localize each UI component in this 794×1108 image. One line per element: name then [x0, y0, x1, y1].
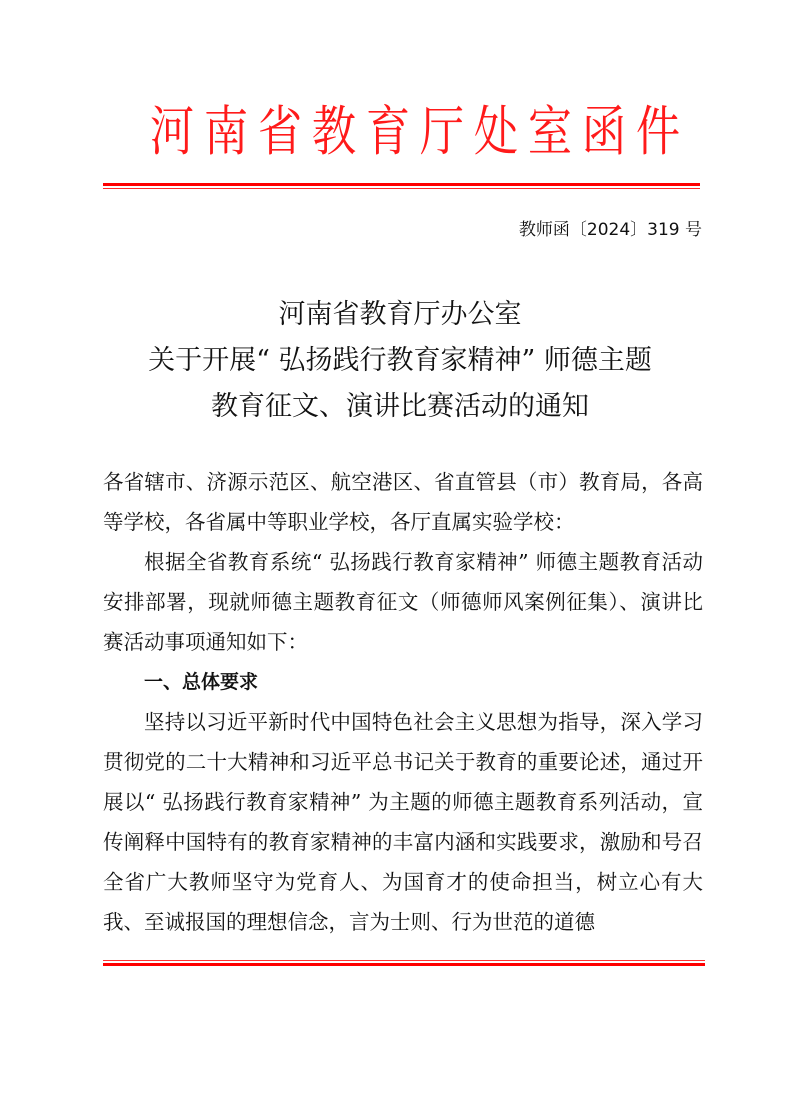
footer-divider-thin	[103, 960, 705, 961]
document-title: 河南省教育厅办公室 关于开展“ 弘扬践行教育家精神” 师德主题 教育征文、演讲比…	[100, 292, 700, 430]
section-heading: 一、总体要求	[103, 662, 703, 702]
masthead-char: 教	[312, 96, 356, 168]
title-line-2: 关于开展“ 弘扬践行教育家精神” 师德主题	[100, 338, 700, 384]
header-divider-thin	[103, 188, 700, 189]
masthead-char: 函	[582, 96, 626, 168]
addressee-paragraph: 各省辖市、济源示范区、航空港区、省直管县（市）教育局，各高等学校，各省属中等职业…	[103, 462, 703, 542]
masthead-char: 河	[150, 96, 194, 168]
masthead-char: 南	[204, 96, 248, 168]
header-divider-thick	[103, 183, 700, 186]
section-paragraph: 坚持以习近平新时代中国特色社会主义思想为指导，深入学习贯彻党的二十大精神和习近平…	[103, 702, 703, 942]
document-body: 各省辖市、济源示范区、航空港区、省直管县（市）教育局，各高等学校，各省属中等职业…	[103, 462, 703, 942]
masthead-char: 室	[528, 96, 572, 168]
title-line-1: 河南省教育厅办公室	[100, 292, 700, 338]
intro-paragraph: 根据全省教育系统“ 弘扬践行教育家精神” 师德主题教育活动安排部署，现就师德主题…	[103, 542, 703, 662]
masthead-char: 省	[258, 96, 302, 168]
masthead-char: 件	[636, 96, 680, 168]
masthead-title: 河 南 省 教 育 厅 处 室 函 件	[103, 96, 701, 168]
document-number: 教师函〔2024〕319 号	[519, 218, 702, 242]
masthead-char: 育	[366, 96, 410, 168]
footer-divider-thick	[103, 963, 705, 966]
masthead-char: 处	[474, 96, 518, 168]
title-line-3: 教育征文、演讲比赛活动的通知	[100, 384, 700, 430]
masthead-char: 厅	[420, 96, 464, 168]
